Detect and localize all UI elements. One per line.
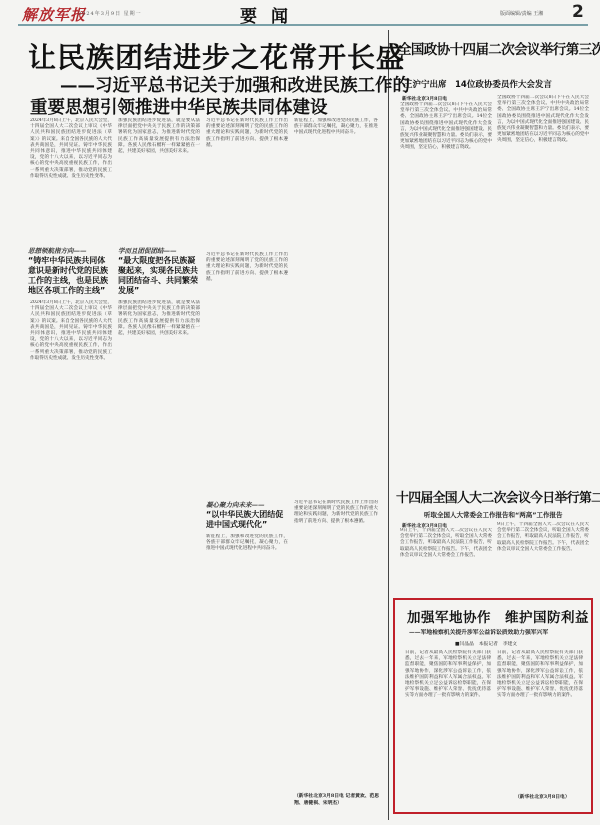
military-body-col1: 日前，记者从最高人民检察院有关部门获悉，过去一年来，军地检察机关立足法律监督职能… [405,650,491,800]
military-byline: ■闫晶晶 本报记者 李建文 [455,640,517,647]
lead-body-col4b: 习近平总书记在新时代民族工作上作出的重要论述深刻阐明了党的民族工作的重大理论和实… [294,500,378,790]
cppcc-headline[interactable]: 全国政协十四届二次会议举行第三次全体会议 [398,38,600,58]
cppcc-body-col2: 全国政协十四届二次会议8日下午在人民大会堂举行第三次全体会议。中共中央政治局常委… [497,95,589,473]
masthead: 解放军报 2024年3月9日 星期一 要闻 版面编辑/责编 王湘 2 [0,0,600,28]
issue-date: 2024年3月9日 星期一 [78,10,142,17]
cppcc-body-col1: 全国政协十四届二次会议8日下午在人民大会堂举行第三次全体会议。中共中央政治局常委… [400,102,492,472]
lead-dateline: （新华社北京3月8日电 记者黄欢、范思翔、唐健祺、宋明杰） [294,793,380,807]
column-divider [388,30,389,820]
lead-body-col4: 新征程上，加强和改进党的民族工作，各族干部群众牢记嘱托，凝心聚力，在推进中国式现… [294,118,378,498]
military-dateline: （新华社北京3月8日电） [515,793,570,800]
military-subhead: ——军地检察机关提升涉军公益诉讼质效助力强军兴军 [409,627,548,636]
military-body-col2: 日前，记者从最高人民检察院有关部门获悉，过去一年来，军地检察机关立足法律监督职能… [497,650,583,790]
section-1-kicker: 思想领航指方向—— [28,246,87,255]
section-1-title: “铸牢中华民族共同体意识是新时代党的民族工作的主线，也是民族地区各项工作的主线” [28,256,112,296]
lead-body-col3c: 新征程上，加强和改进党的民族工作，各族干部群众牢记嘱托，凝心聚力，在推进中国式现… [206,534,288,814]
npc-body-col1: 9日上午，十四届全国人大二次会议在人民大会堂举行第二次全体会议，听取全国人大常委… [400,528,492,590]
lead-body-col3b: 习近平总书记在新时代民族工作上作出的重要论述深刻阐明了党的民族工作的重大理论和实… [206,252,288,497]
lead-body-col2: 加强民族团结进步促进法，就是要从法律层面把党中央关于民族工作的决策部署转化为国家… [118,118,200,242]
section-3-title: “以中华民族大团结促进中国式现代化” [206,510,290,530]
lead-body-col1: 2024年3月8日上午，北京人民大会堂，十四届全国人大二次会议上审议《中华人民共… [30,118,112,242]
lead-headline[interactable]: 让民族团结进步之花常开长盛 [28,36,405,76]
editor-credit: 版面编辑/责编 王湘 [500,10,543,17]
lead-subhead-2: 重要思想引领推进中华民族共同体建设 [30,94,328,119]
section-2-kicker: 学而且团促团结—— [118,246,177,255]
newspaper-logo: 解放军报 [22,4,86,25]
military-headline[interactable]: 加强军地协作 维护国防利益 [407,606,589,626]
lead-body-col3: 习近平总书记在新时代民族工作上作出的重要论述深刻阐明了党的民族工作的重大理论和实… [206,118,288,248]
military-article-box: 加强军地协作 维护国防利益 ——军地检察机关提升涉军公益诉讼质效助力强军兴军 ■… [393,598,593,814]
lead-body-col2b: 加强民族团结进步促进法，就是要从法律层面把党中央关于民族工作的决策部署转化为国家… [118,300,200,815]
npc-headline[interactable]: 十四届全国人大二次会议今日举行第二次全体会议 [396,487,600,506]
npc-subhead: 听取全国人大常委会工作报告和“两高”工作报告 [424,510,563,519]
lead-body-col1b: 2024年3月8日上午，北京人民大会堂，十四届全国人大二次会议上审议《中华人民共… [30,300,112,815]
page-number: 2 [572,2,584,22]
npc-body-col2: 9日上午，十四届全国人大二次会议在人民大会堂举行第二次全体会议，听取全国人大常委… [497,522,589,590]
section-2-title: “最大限度把各民族凝聚起来，实现各民族共同团结奋斗、共同繁荣发展” [118,256,202,296]
masthead-rule [18,24,588,26]
cppcc-subhead: 王沪宁出席 14位政协委员作大会发言 [404,78,552,90]
cppcc-dateline: 新华社北京3月8日电 [402,95,447,102]
section-3-kicker: 凝心聚力向未来—— [206,500,265,509]
